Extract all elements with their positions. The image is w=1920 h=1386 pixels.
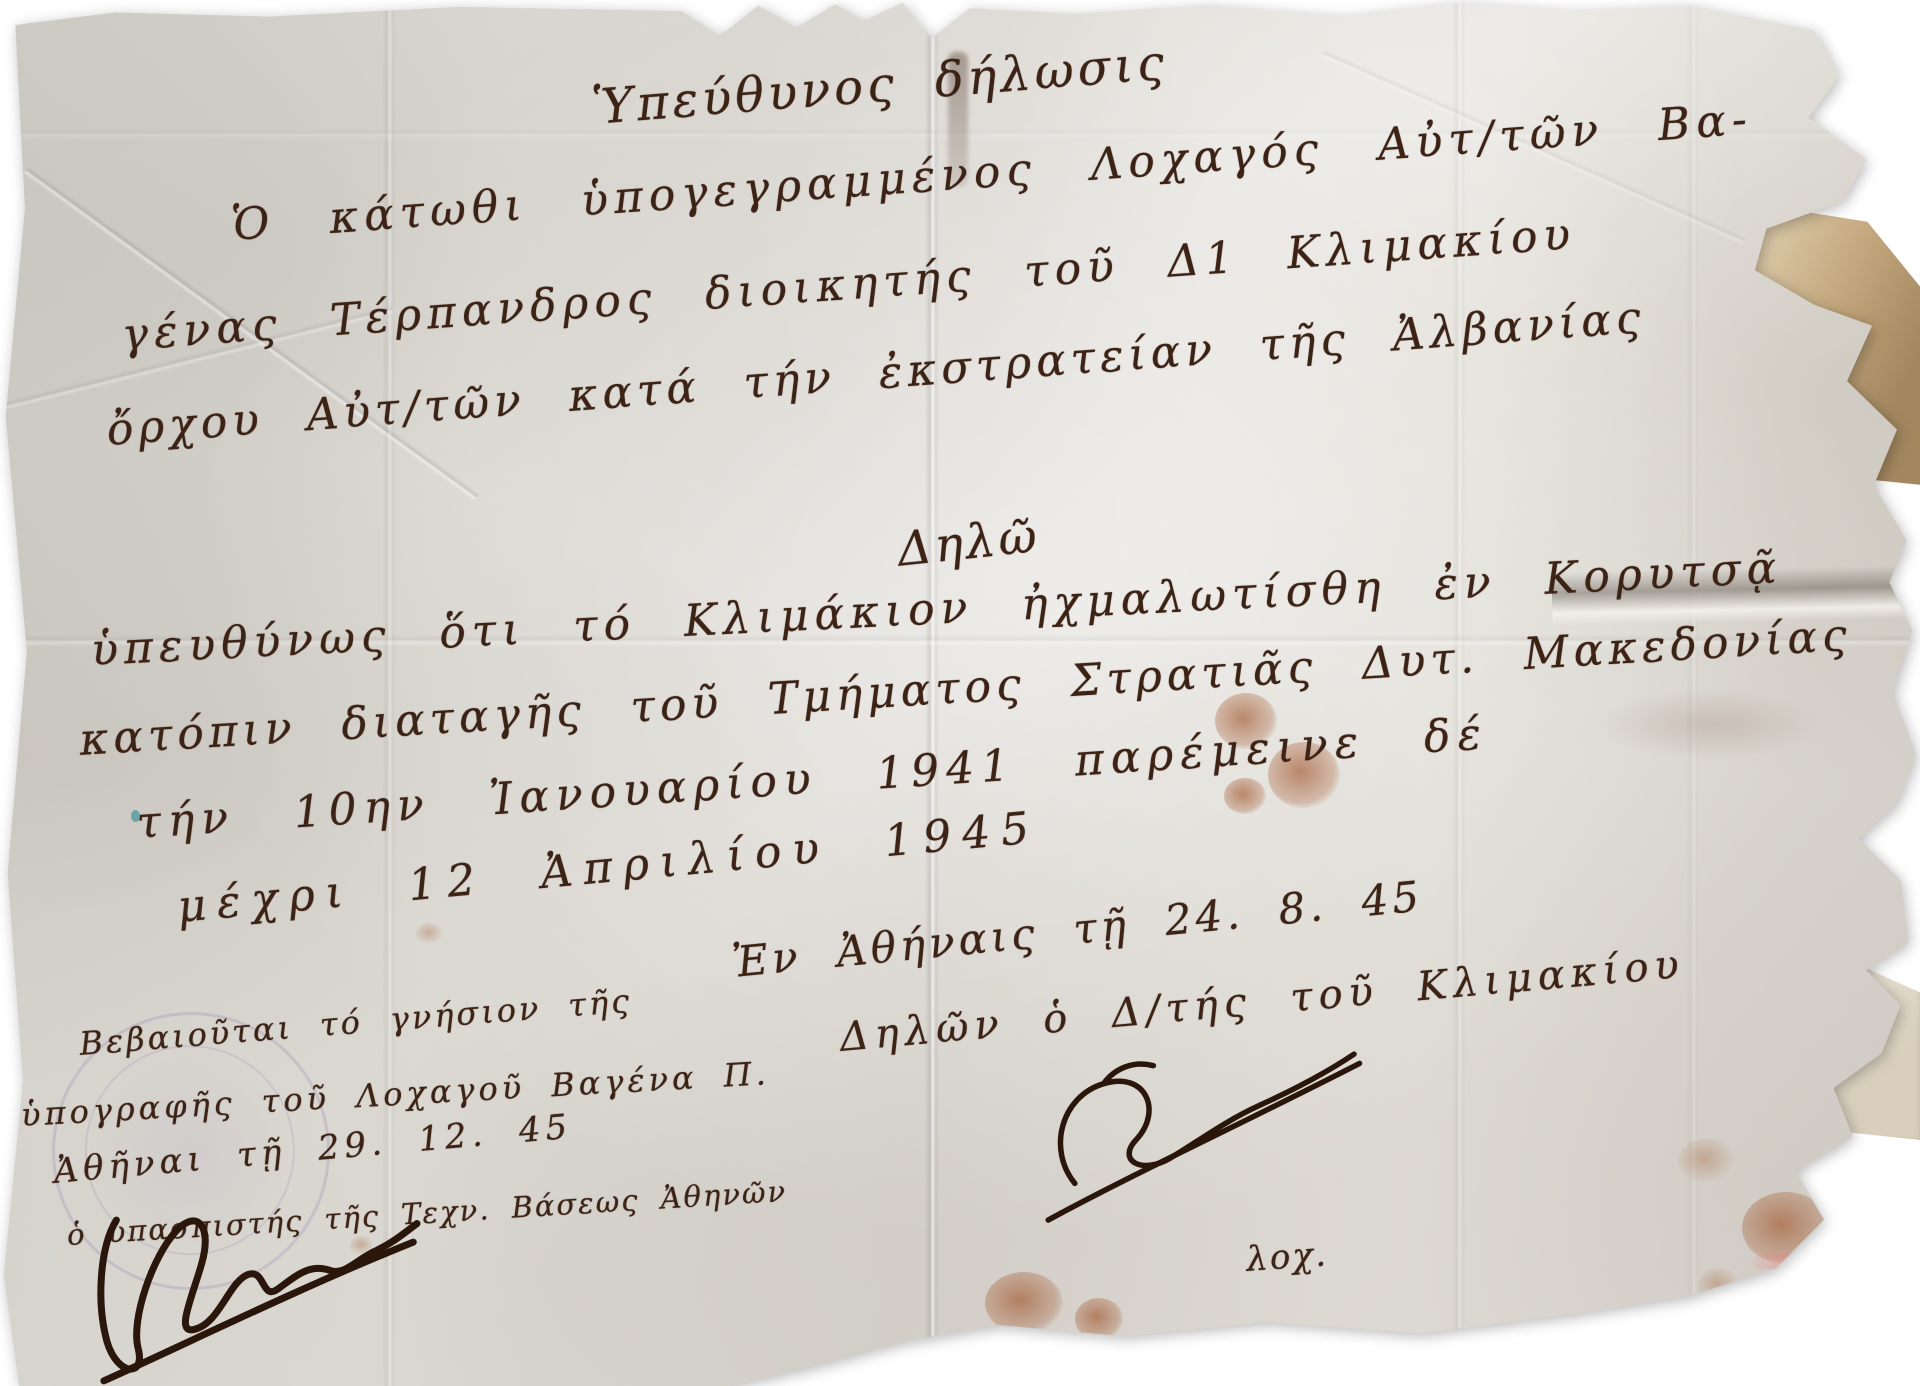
certification-line-1: Βεβαιοῦται τό γνήσιον τῆς — [78, 982, 633, 1063]
right-signature — [1005, 1017, 1397, 1243]
right-fold-crease — [1452, 0, 1466, 1386]
paper-wrap: Ὑπεύθυνος δήλωσις Ὁ κάτωθι ὑπογεγραμμένο… — [0, 0, 1920, 1386]
place-date-line: Ἐν Ἀθήναις τῇ 24. 8. 45 — [730, 872, 1425, 987]
paper-sheet: Ὑπεύθυνος δήλωσις Ὁ κάτωθι ὑπογεγραμμένο… — [0, 0, 1920, 1386]
rust-stain — [1698, 1268, 1740, 1303]
declare-word: Δηλῶ — [895, 508, 1042, 578]
faded-ink-smudge — [1598, 688, 1823, 760]
rust-stain — [985, 1272, 1063, 1334]
photo-of-document: Ὑπεύθυνος δήλωσις Ὁ κάτωθι ὑπογεγραμμένο… — [0, 0, 1920, 1386]
pink-pen-mark — [1753, 1250, 1915, 1270]
rust-stain — [1678, 1138, 1736, 1184]
rust-stain — [1028, 1330, 1060, 1357]
rust-stain — [416, 923, 444, 944]
rank-caption: λοχ. — [1245, 1234, 1329, 1280]
document-title: Ὑπεύθυνος δήλωσις — [590, 35, 1170, 136]
rust-stain — [1224, 778, 1266, 814]
rust-stain — [1075, 1298, 1123, 1340]
